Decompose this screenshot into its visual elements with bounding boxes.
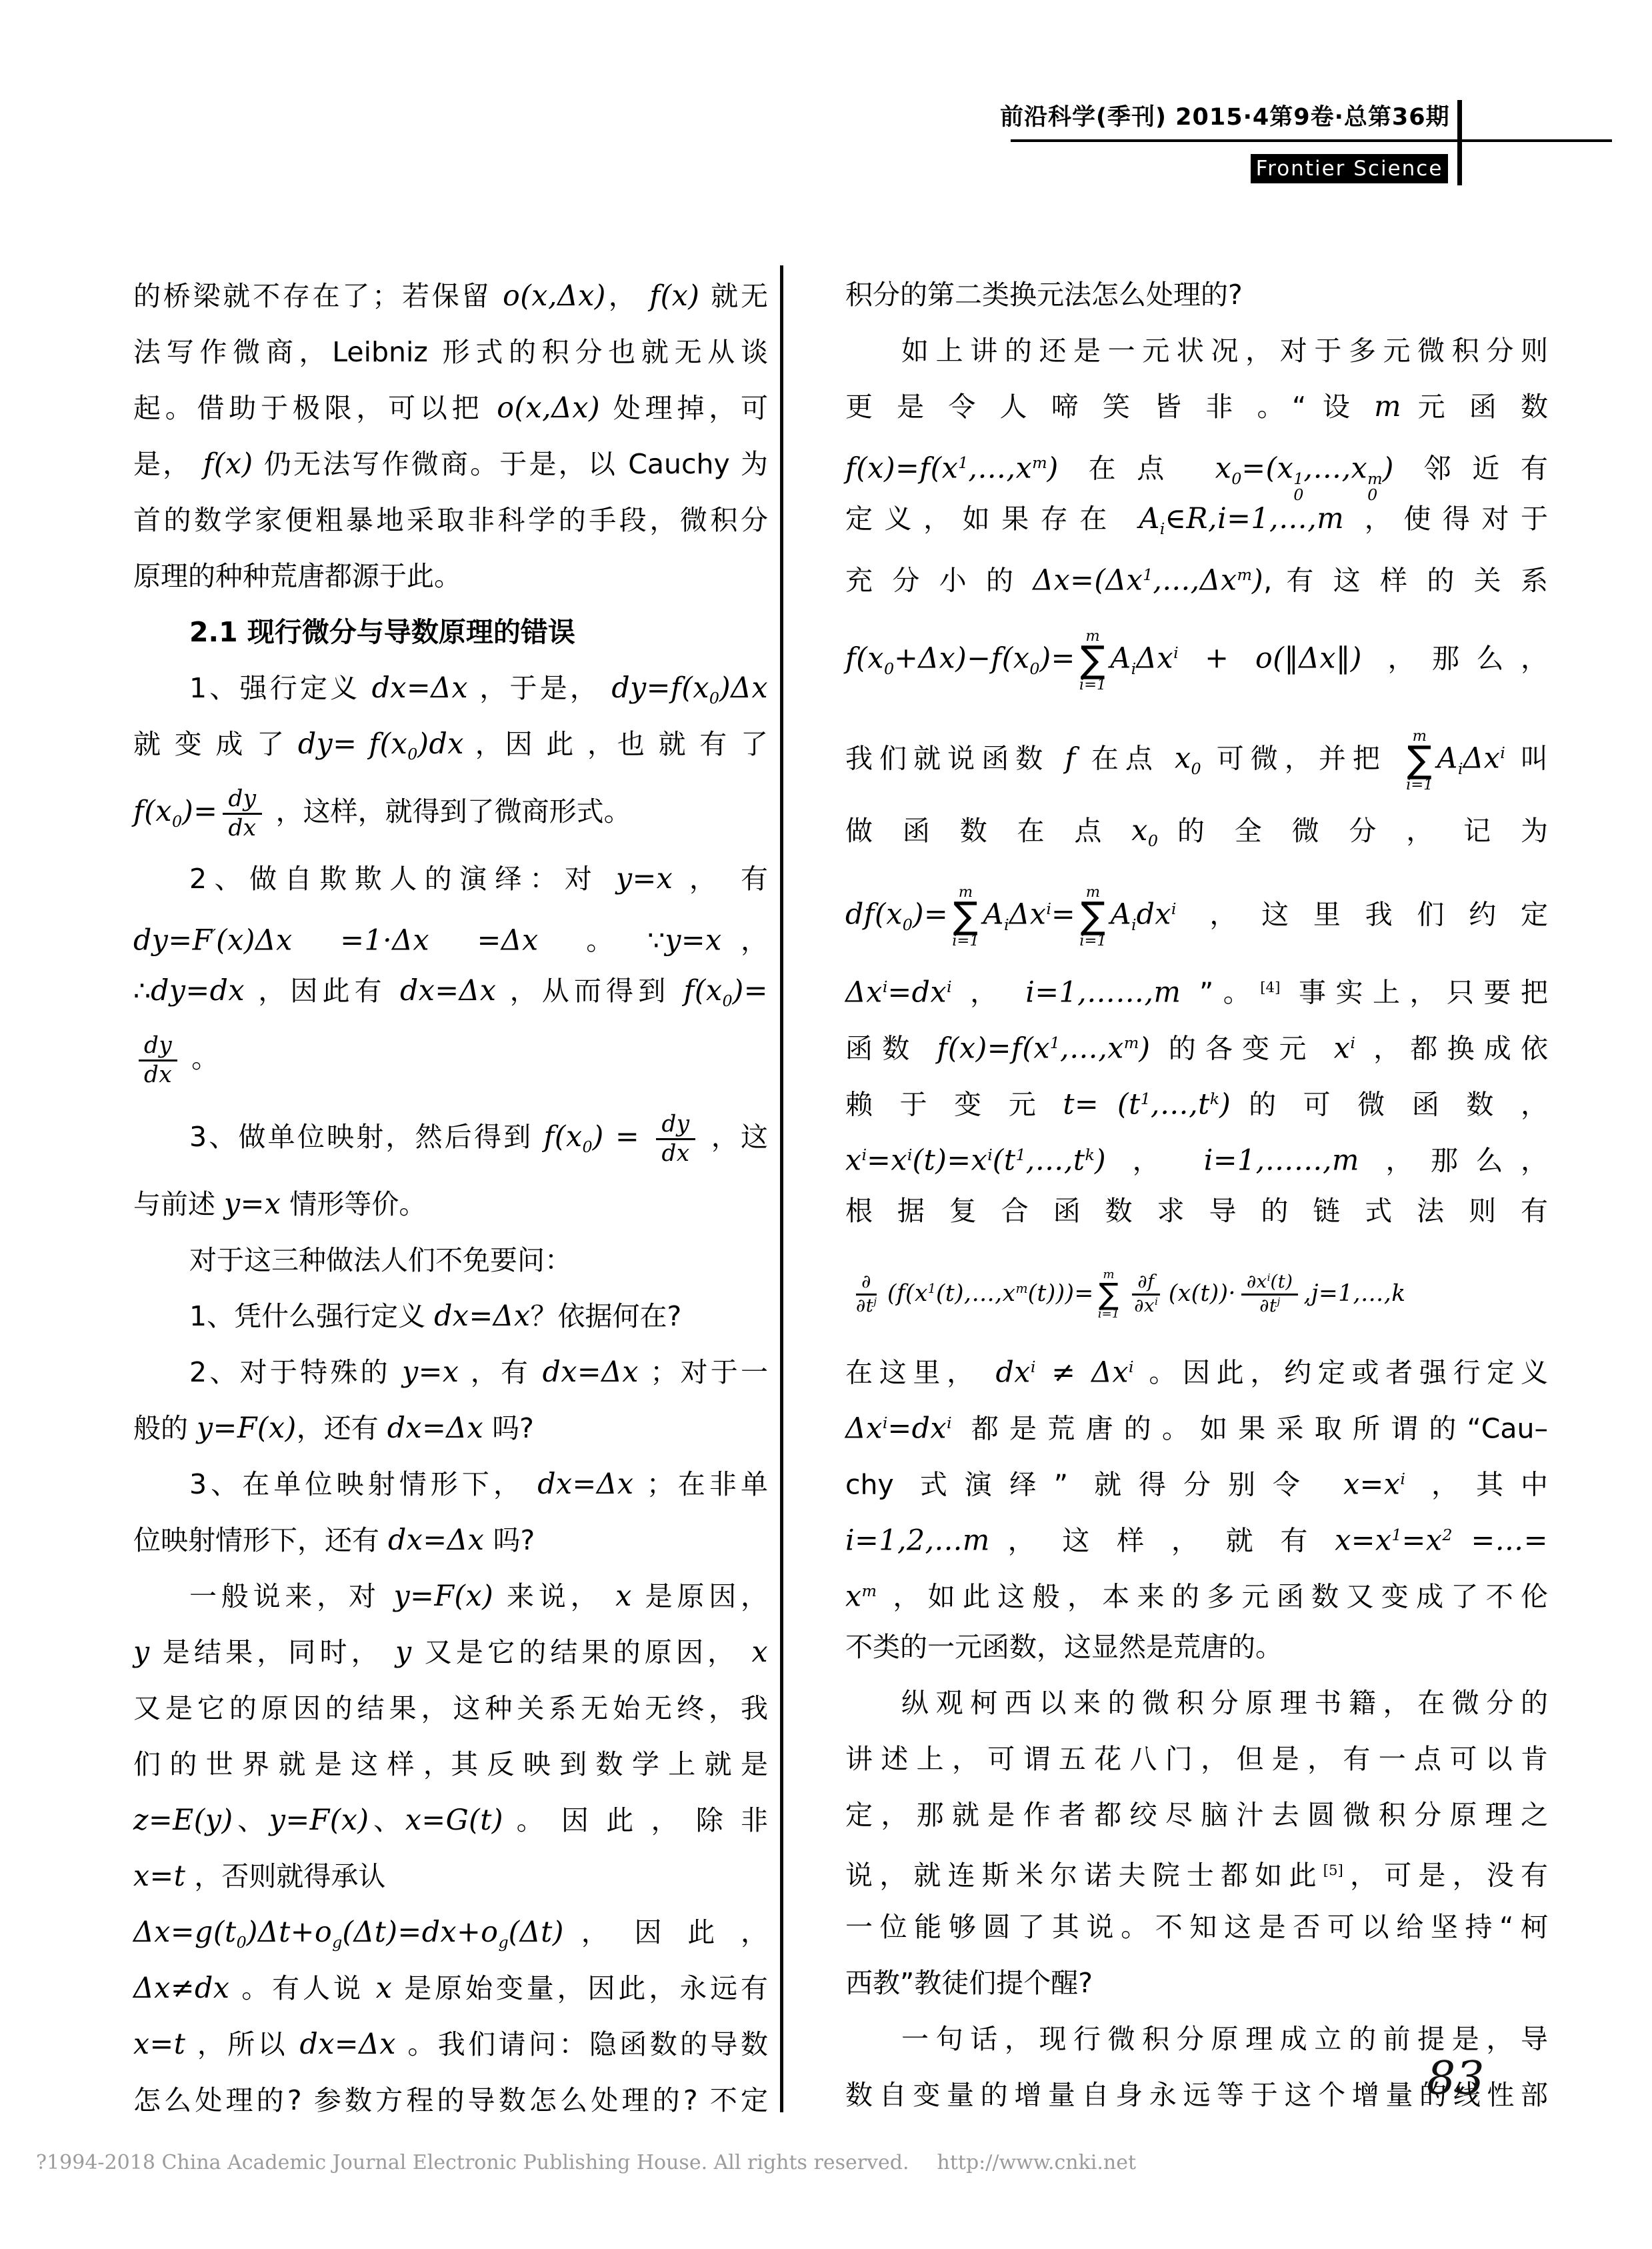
right-column: 积分的第二类换元法怎么处理的?如上讲的还是一元状况，对于多元微积分则更 是 令 … (845, 267, 1548, 2123)
text-line: 3、在单位映射情形下， dx=Δx ；在非单 (133, 1456, 768, 1512)
text-line: 对于这三种做法人们不免要问： (133, 1232, 768, 1288)
text-line: Δxi=dxi 都是荒唐的。如果采取所谓的“Cau– (845, 1395, 1548, 1451)
left-column: 的桥梁就不存在了；若保留 o(x,Δx)， f(x) 就无法写作微商，Leibn… (133, 268, 768, 2128)
footer: ?1994-2018 China Academic Journal Electr… (36, 2151, 1103, 2174)
text-line: ∂∂tj(f(x1(t),…,xm(t)))=m∑i=1∂f∂xi(x(t))·… (845, 1239, 1548, 1339)
text-line: 积分的第二类换元法怎么处理的? (845, 267, 1548, 323)
text-line: 更 是 令 人 啼 笑 皆 非 。“ 设 m 元 函 数 (845, 379, 1548, 435)
text-line: xm ，如此这般，本来的多元函数又变成了不伦 (845, 1563, 1548, 1619)
text-line: 3、做单位映射，然后得到 f(x0) = dydx ，这 (133, 1097, 768, 1176)
text-line: 又是它的原因的结果，这种关系无始无终，我 (133, 1680, 768, 1736)
text-line: 我们就说函数 f 在点 x0 可微，并把 m∑i=1AiΔxi 叫 (845, 703, 1548, 803)
text-line: 的桥梁就不存在了；若保留 o(x,Δx)， f(x) 就无 (133, 268, 768, 324)
text-line: f(x0+Δx)−f(x0)=m∑i=1AiΔxi + o(‖Δx‖) ，那么， (845, 603, 1548, 703)
text-line: 首的数学家便粗暴地采取非科学的手段，微积分 (133, 492, 768, 548)
text-line: i=1,2,...m ， 这 样 ， 就 有 x=x1=x2 =…= (845, 1507, 1548, 1563)
header-vertical-bar (1457, 100, 1462, 185)
text-line: z=E(y)、y=F(x)、x=G(t) 。 因 此 ， 除 非 (133, 1792, 768, 1848)
text-line: x=t ，所以 dx=Δx 。我们请问：隐函数的导数 (133, 2016, 768, 2072)
text-line: 西教”教徒们提个醒? (845, 1955, 1548, 2011)
text-line: 赖 于 变 元 t= (t1,…,tk) 的 可 微 函 数 ， (845, 1071, 1548, 1127)
header-banner: Frontier Science (1251, 154, 1448, 183)
text-line: 们 的 世 界 就 是 这 样 ，其 反 映 到 数 学 上 就 是 (133, 1736, 768, 1792)
text-line: dydx 。 (133, 1019, 768, 1097)
text-line: 说，就连斯米尔诺夫院士都如此[5]，可是，没有 (845, 1843, 1548, 1899)
text-line: 2、做自欺欺人的演绎：对 y=x ， 有 (133, 851, 768, 907)
text-line: 1、凭什么强行定义 dx=Δx？依据何在? (133, 1288, 768, 1344)
text-line: 定，那就是作者都绞尽脑汁去圆微积分原理之 (845, 1787, 1548, 1843)
text-line: 不类的一元函数，这显然是荒唐的。 (845, 1619, 1548, 1675)
text-line: 法写作微商，Leibniz 形式的积分也就无从谈 (133, 324, 768, 380)
text-line: x=t ，否则就得承认 (133, 1848, 768, 1904)
text-line: Δxi=dxi ， i=1,……,m ”。[4] 事实上，只要把 (845, 959, 1548, 1015)
text-line: f(x0)=dydx ，这样，就得到了微商形式。 (133, 772, 768, 851)
text-line: f(x)=f(x1,…,xm) 在点 x0=(x10,…,xm0) 邻近有 (845, 435, 1548, 491)
header-rule (1011, 139, 1612, 142)
text-line: chy 式演绎” 就得分别令 x=xi ，其中 (845, 1451, 1548, 1507)
text-line: dy=F′(x)Δx =1·Δx =Δx 。 ∵y=x ， (133, 907, 768, 963)
text-line: df(x0)=m∑i=1AiΔxi=m∑i=1Aidxi ，这里我们约定 (845, 859, 1548, 959)
text-line: 与前述 y=x 情形等价。 (133, 1176, 768, 1232)
text-line: 做 函 数 在 点 x0 的 全 微 分 ， 记 为 (845, 803, 1548, 859)
text-line: 充 分 小 的 Δx=(Δx1,...,Δxm), 有 这 样 的 关 系 (845, 547, 1548, 603)
text-line: 一般说来，对 y=F(x) 来说， x 是原因， (133, 1568, 768, 1624)
text-line: 一位能够圆了其说。不知这是否可以给坚持“柯 (845, 1899, 1548, 1955)
text-line: 原理的种种荒唐都源于此。 (133, 548, 768, 604)
text-line: 纵观柯西以来的微积分原理书籍，在微分的 (845, 1675, 1548, 1731)
text-line: 2.1 现行微分与导数原理的错误 (133, 604, 768, 660)
footer-copyright: ?1994-2018 China Academic Journal Electr… (36, 2151, 909, 2174)
journal-title: 前沿科学(季刊) 2015·4第9卷·总第36期 (1000, 99, 1443, 132)
text-line: 位映射情形下，还有 dx=Δx 吗? (133, 1512, 768, 1568)
text-line: 般的 y=F(x)，还有 dx=Δx 吗? (133, 1400, 768, 1456)
text-line: 1、强行定义 dx=Δx ，于是， dy=f(x0)Δx (133, 660, 768, 716)
text-line: 函数 f(x)=f(x1,…,xm) 的各变元 xi ，都换成依 (845, 1015, 1548, 1071)
text-line: 2、对于特殊的 y=x ，有 dx=Δx ；对于一 (133, 1344, 768, 1400)
column-divider (780, 265, 783, 2112)
text-line: y 是结果，同时， y 又是它的结果的原因， x (133, 1624, 768, 1680)
text-line: 是， f(x) 仍无法写作微商。于是，以 Cauchy 为 (133, 436, 768, 492)
text-line: 根 据 复 合 函 数 求 导 的 链 式 法 则 有 (845, 1183, 1548, 1239)
text-line: xi=xi(t)=xi(t1,…,tk) ， i=1,……,m ，那么， (845, 1127, 1548, 1183)
text-line: ∴dy=dx ，因此有 dx=Δx ，从而得到 f(x0)= (133, 963, 768, 1019)
text-line: 定义，如果存在 Ai∈R,i=1,…,m ，使得对于 (845, 491, 1548, 547)
text-line: 起。借助于极限，可以把 o(x,Δx) 处理掉，可 (133, 380, 768, 436)
text-line: 就 变 成 了 dy= f(x0)dx ，因 此 ，也 就 有 了 (133, 716, 768, 772)
page-number: 83 (1427, 2052, 1485, 2105)
text-line: Δx≠dx 。有人说 x 是原始变量，因此，永远有 (133, 1960, 768, 2016)
text-line: Δx=g(t0)Δt+og(Δt)=dx+og(Δt) ， 因 此 ， (133, 1904, 768, 1960)
text-line: 怎么处理的? 参数方程的导数怎么处理的? 不定 (133, 2072, 768, 2128)
text-line: 讲述上，可谓五花八门，但是，有一点可以肯 (845, 1731, 1548, 1787)
footer-url: http://www.cnki.net (937, 2151, 1137, 2174)
text-line: 如上讲的还是一元状况，对于多元微积分则 (845, 323, 1548, 379)
text-line: 在这里， dxi ≠ Δxi 。因此，约定或者强行定义 (845, 1339, 1548, 1395)
page: 前沿科学(季刊) 2015·4第9卷·总第36期 Frontier Scienc… (0, 0, 1652, 2249)
